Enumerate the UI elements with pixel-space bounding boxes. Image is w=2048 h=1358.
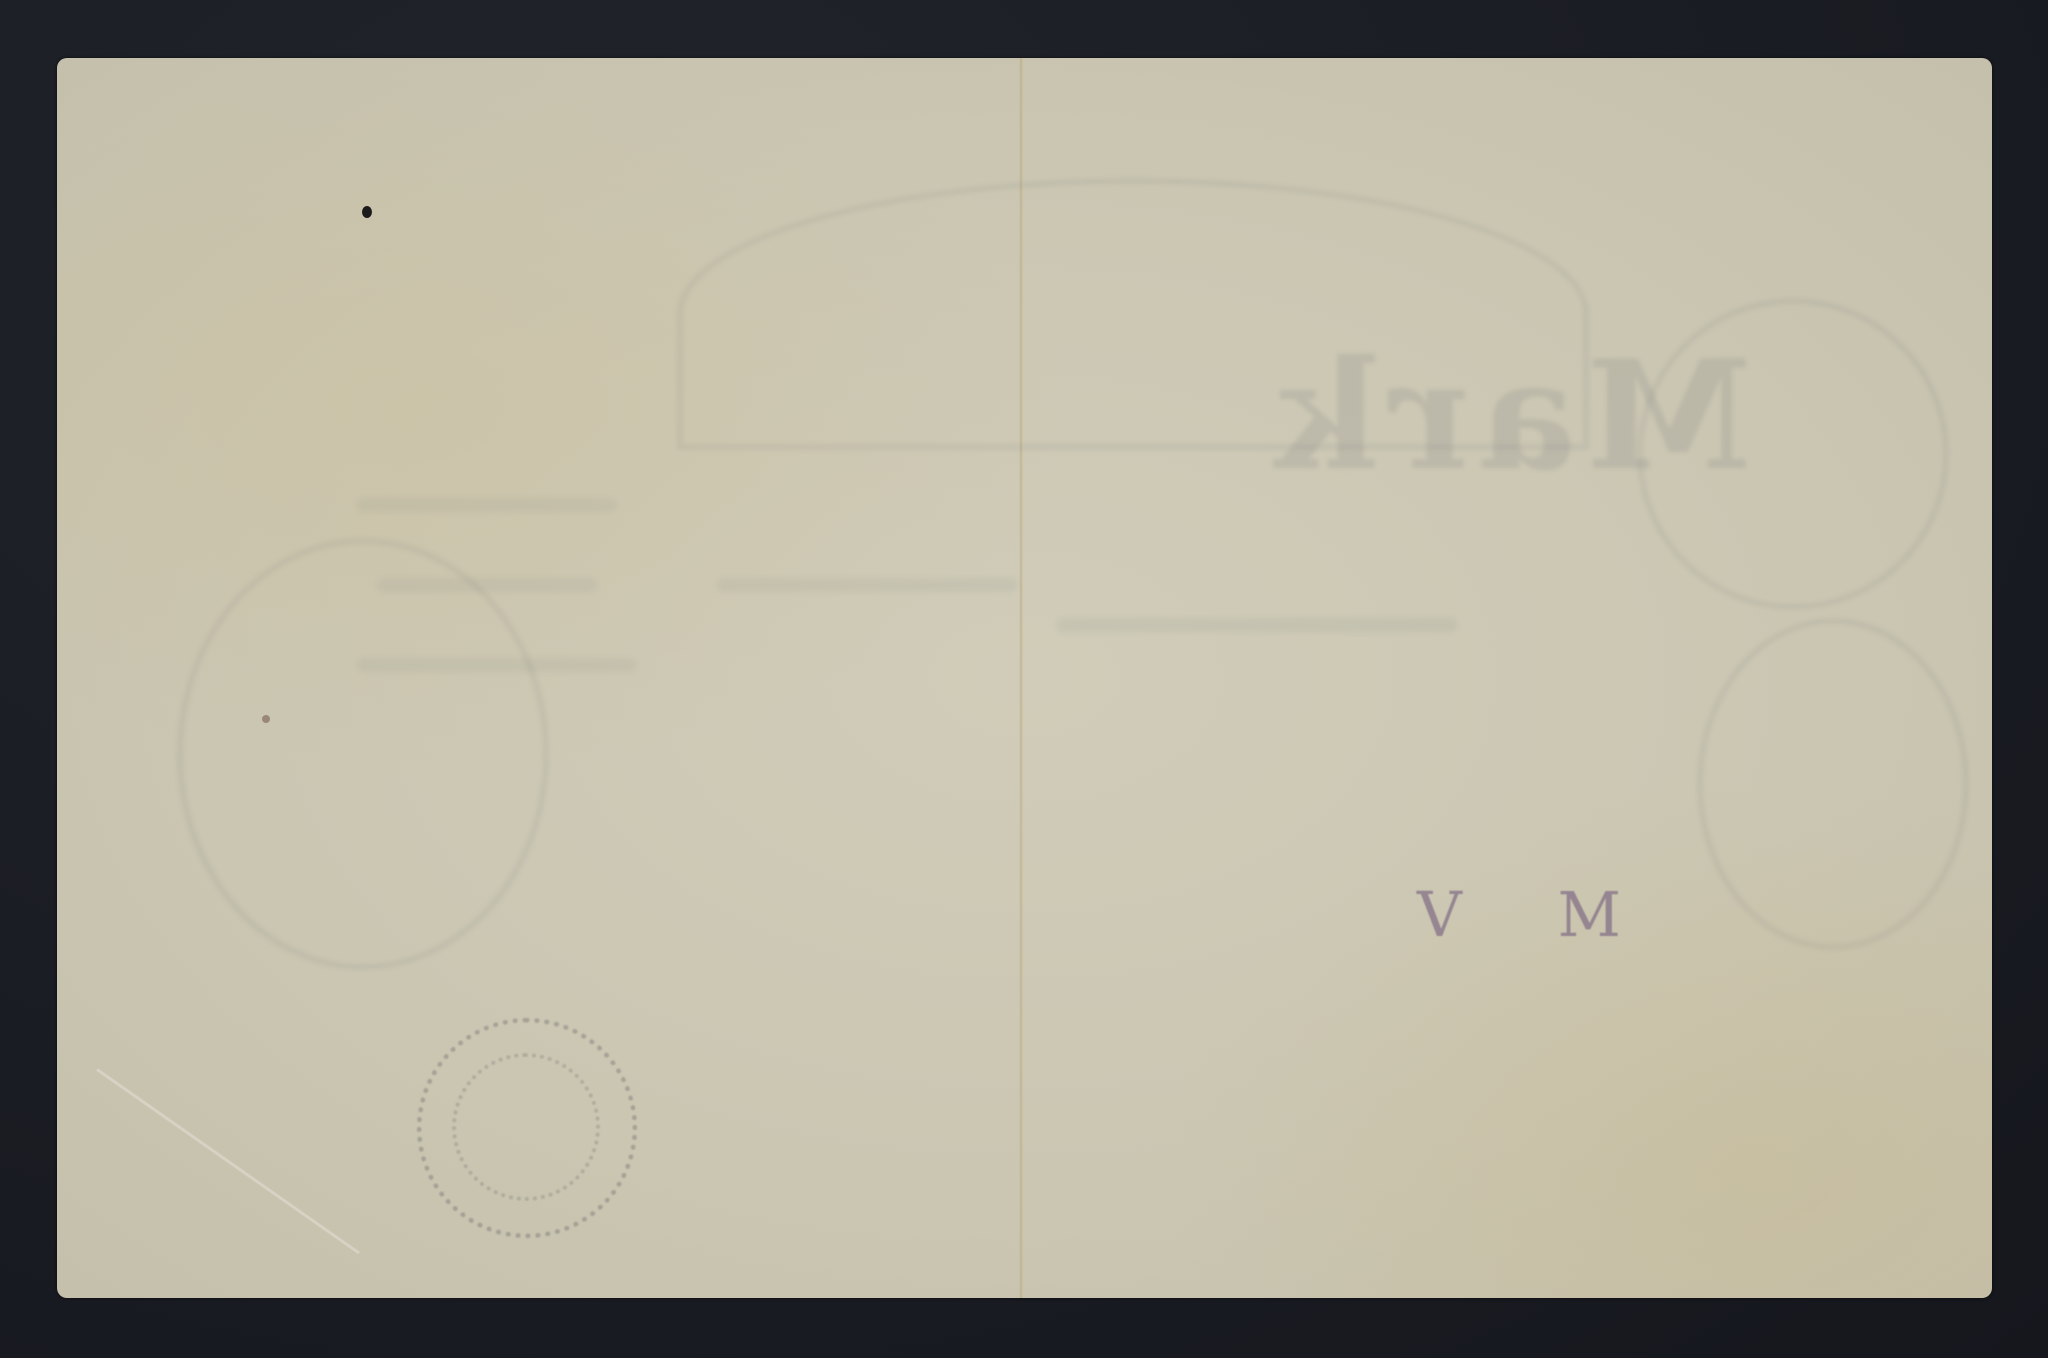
vm-handstamp: V M — [1417, 878, 1659, 951]
showthrough-arch — [677, 178, 1589, 450]
showthrough-ornament — [1637, 298, 1949, 610]
diagonal-crease — [96, 1068, 360, 1254]
showthrough-ornament — [1697, 618, 1969, 950]
ink-dot — [362, 206, 372, 218]
banknote-reverse: Mark V M — [57, 58, 1992, 1298]
showthrough-text-line — [717, 578, 1017, 592]
seal-inner-ring — [452, 1053, 600, 1201]
stain-dot — [262, 715, 270, 723]
showthrough-text-line — [357, 498, 617, 512]
showthrough-text-line — [1057, 618, 1457, 632]
showthrough-ornament — [177, 538, 549, 970]
showthrough-circular-seal — [417, 1018, 637, 1238]
